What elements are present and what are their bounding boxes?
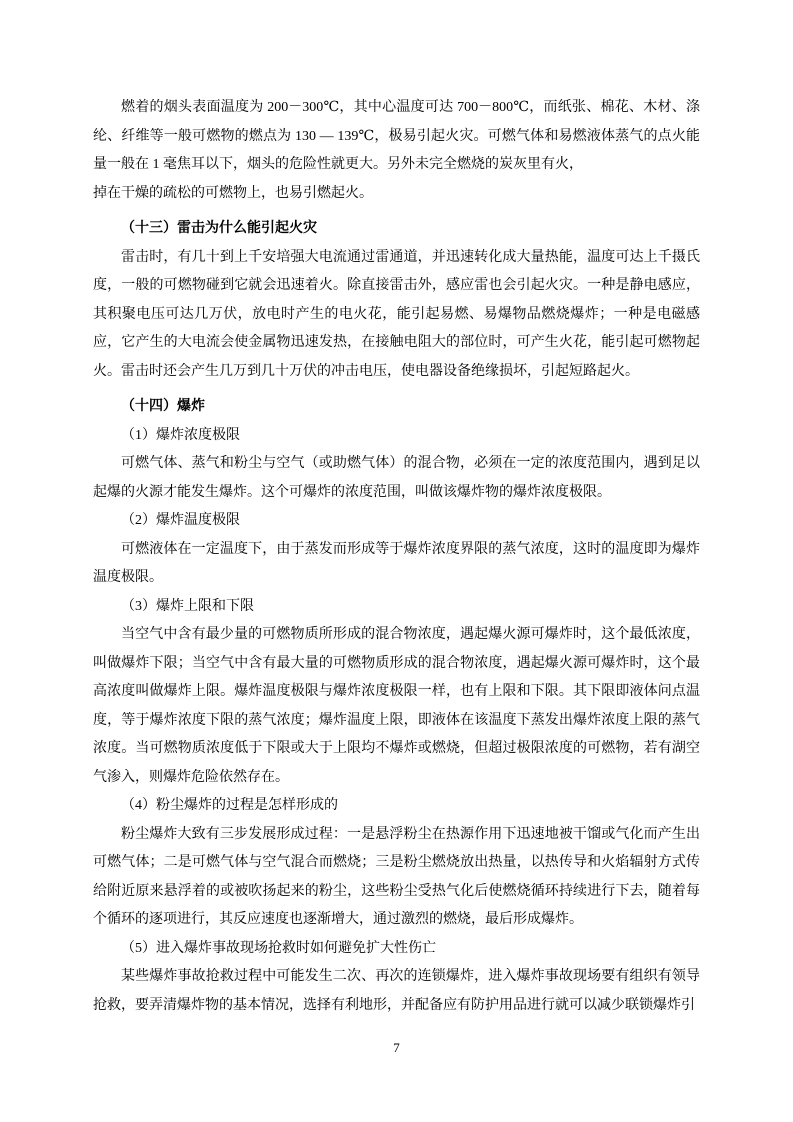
document-page: 燃着的烟头表面温度为 200－300℃，其中心温度可达 700－800℃，而纸张…	[0, 0, 793, 1122]
subsection-heading: （2）爆炸温度极限	[93, 507, 700, 536]
paragraph: 粉尘爆炸大致有三步发展形成过程：一是悬浮粉尘在热源作用下迅速地被干馏或气化而产生…	[93, 821, 700, 935]
subsection-heading: （5）进入爆炸事故现场抢救时如何避免扩大性伤亡	[93, 935, 700, 964]
paragraph: 掉在干燥的疏松的可燃物上，也易引燃起火。	[93, 180, 700, 209]
subsection-heading: （4）粉尘爆炸的过程是怎样形成的	[93, 792, 700, 821]
section-heading: （十四）爆炸	[93, 393, 700, 422]
paragraph: 可燃液体在一定温度下，由于蒸发而形成等于爆炸浓度界限的蒸气浓度，这时的温度即为爆…	[93, 536, 700, 593]
paragraph: 可燃气体、蒸气和粉尘与空气（或助燃气体）的混合物，必须在一定的浓度范围内，遇到足…	[93, 450, 700, 507]
paragraph: 燃着的烟头表面温度为 200－300℃，其中心温度可达 700－800℃，而纸张…	[93, 94, 700, 180]
paragraph: 某些爆炸事故抢救过程中可能发生二次、再次的连锁爆炸，进入爆炸事故现场要有组织有领…	[93, 963, 700, 1020]
section-heading: （十三）雷击为什么能引起火灾	[93, 215, 700, 244]
page-number: 7	[0, 1038, 793, 1058]
paragraph: 雷击时，有几十到上千安培强大电流通过雷通道，并迅速转化成大量热能，温度可达上千摄…	[93, 244, 700, 387]
document-body: 燃着的烟头表面温度为 200－300℃，其中心温度可达 700－800℃，而纸张…	[93, 94, 700, 1020]
subsection-heading: （3）爆炸上限和下限	[93, 593, 700, 622]
subsection-heading: （1）爆炸浓度极限	[93, 422, 700, 451]
paragraph: 当空气中含有最少量的可燃物质所形成的混合物浓度，遇起爆火源可爆炸时，这个最低浓度…	[93, 621, 700, 792]
